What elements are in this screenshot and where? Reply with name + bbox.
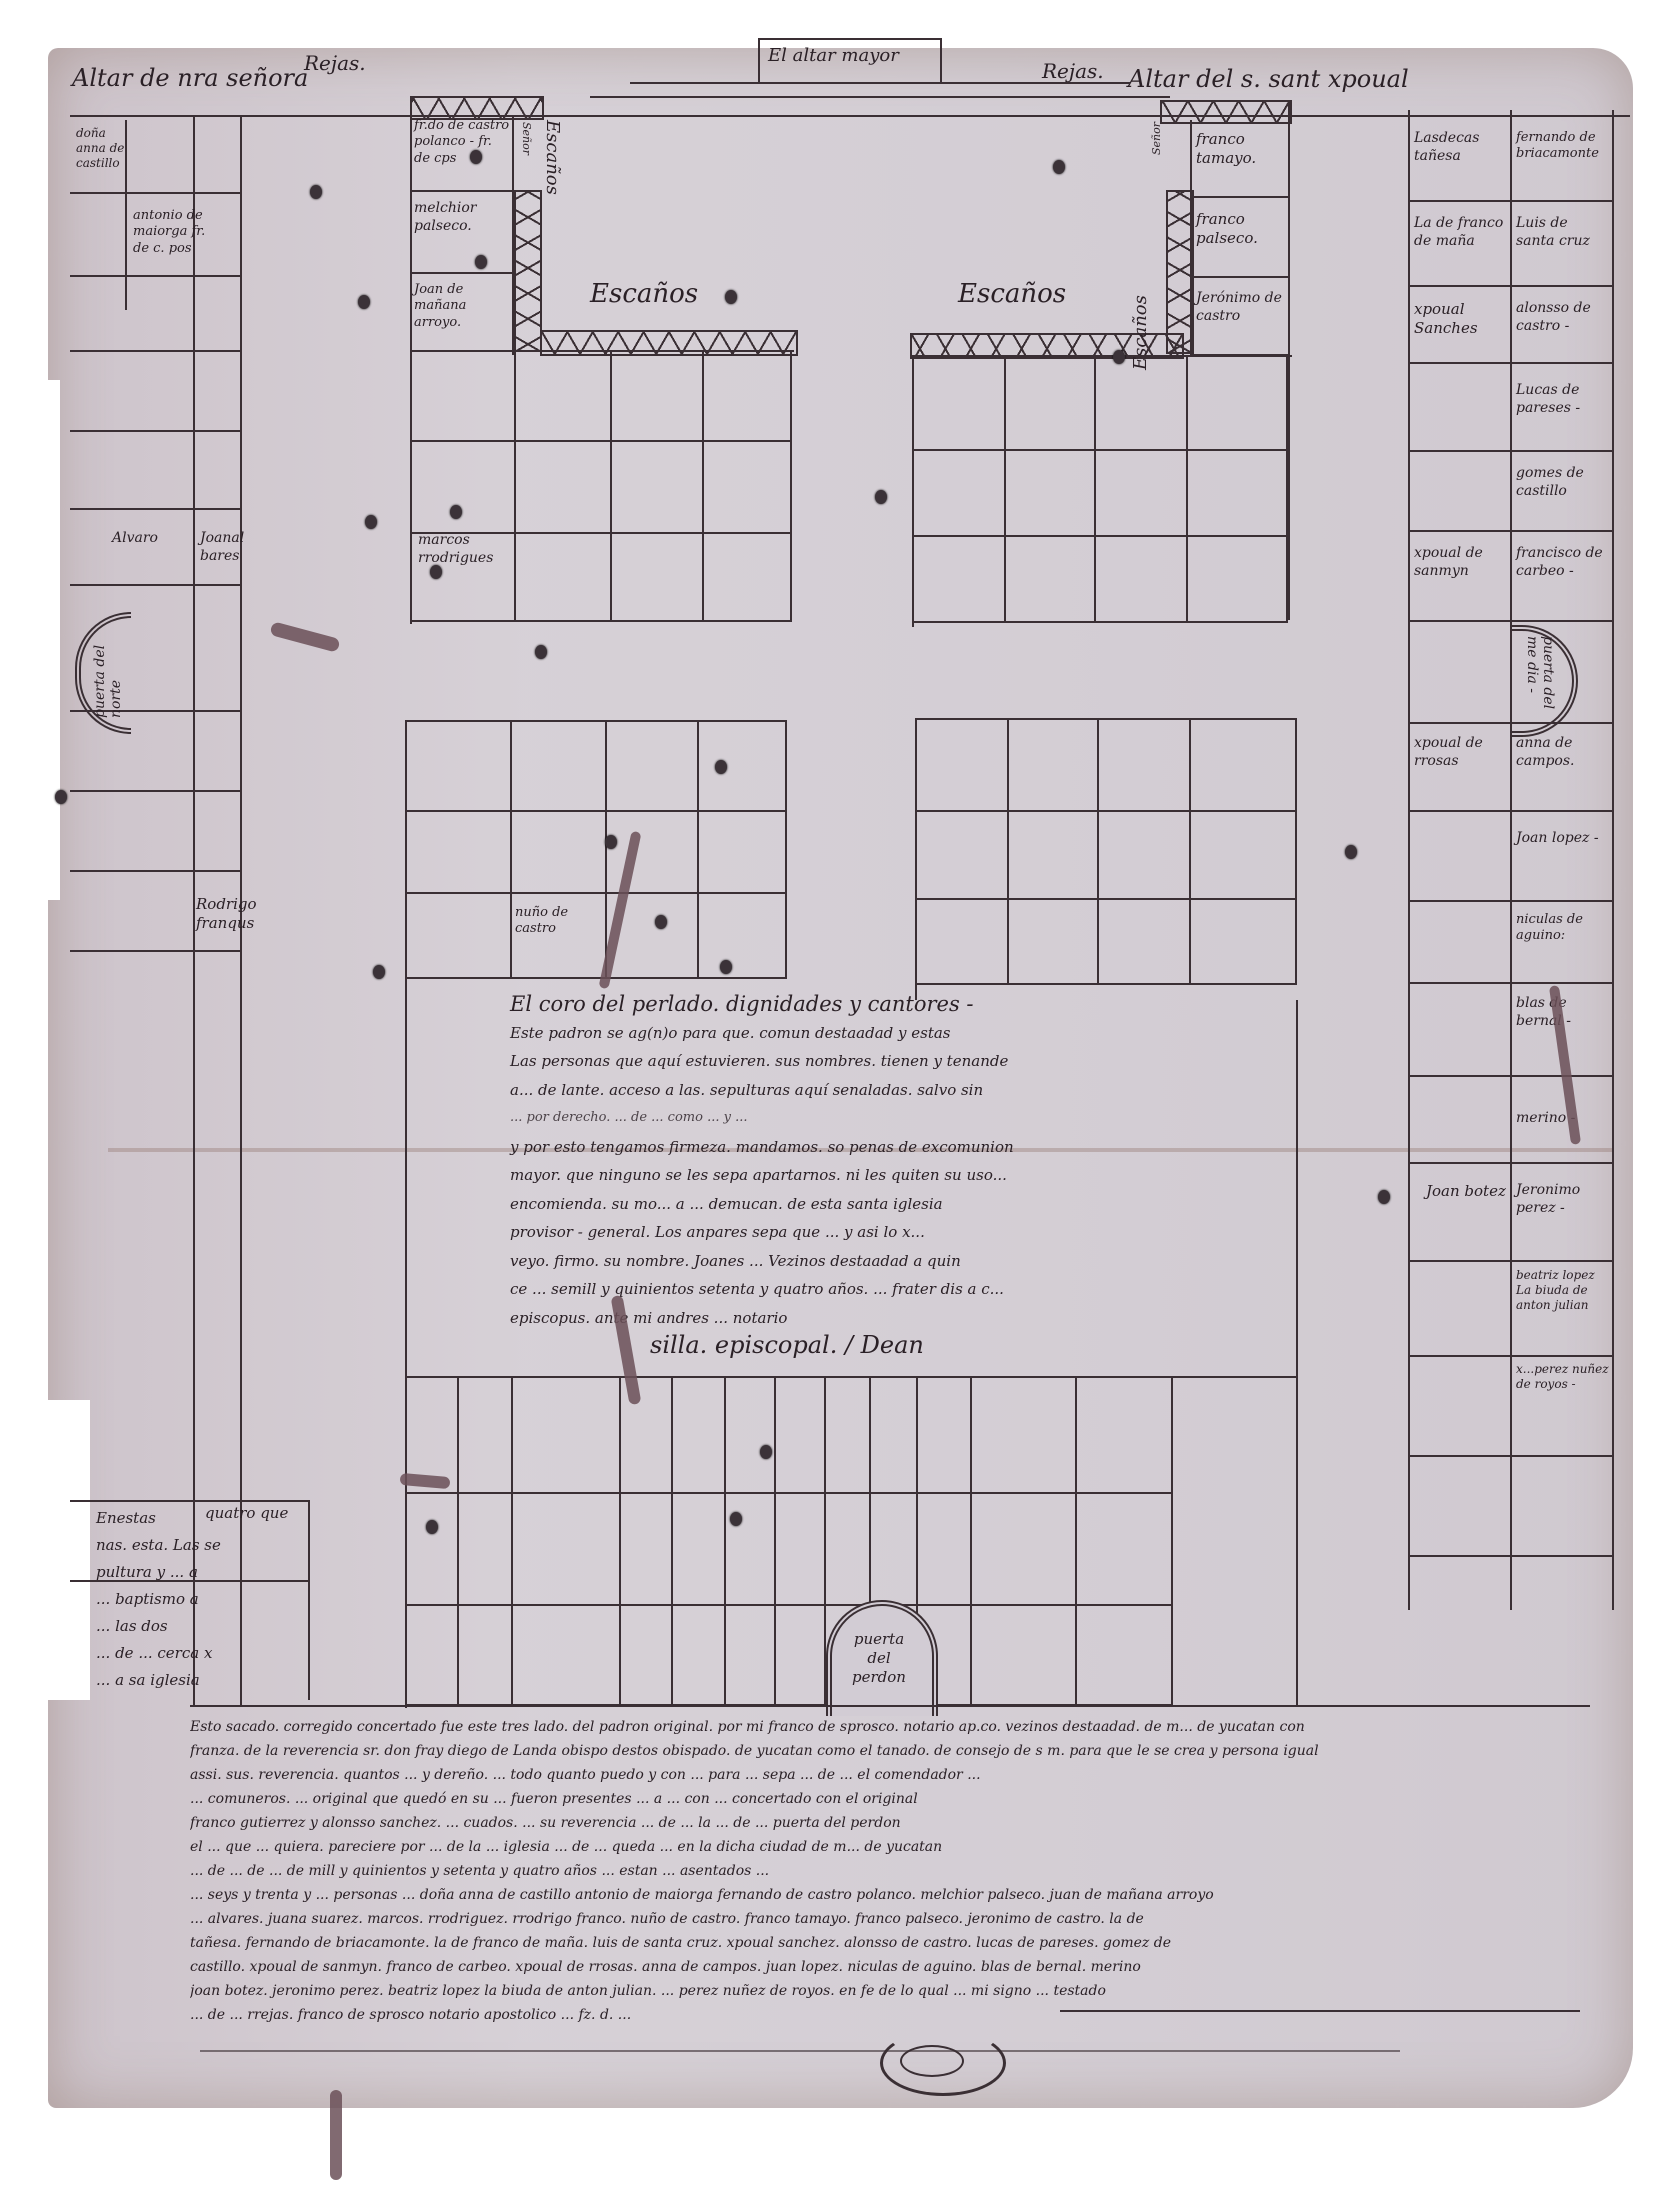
name-alonsso-castro: alonsso de castro - — [1516, 300, 1610, 335]
name-dona-anna: doña anna de castillo — [76, 126, 136, 171]
wormhole — [605, 835, 617, 849]
footer-line: ... comuneros. ... original que quedó en… — [190, 1787, 1590, 1811]
name-francisco-carbeo: francisco de carbeo - — [1516, 545, 1610, 580]
wormhole — [725, 290, 737, 304]
main-line: ... por derecho. ... de ... como ... y .… — [510, 1104, 1270, 1133]
name-xpoual-sanmyn: xpoual de sanmyn — [1414, 545, 1506, 580]
name-anna-campos: anna de campos. — [1516, 735, 1610, 770]
footer-line: assi. sus. reverencia. quantos ... y der… — [190, 1763, 1590, 1787]
footer-line: franza. de la reverencia sr. don fray di… — [190, 1739, 1590, 1763]
left-rejas-lattice — [410, 96, 544, 120]
right-stall-rule — [1190, 196, 1290, 198]
left-escanos-vertical-small: Señor — [520, 122, 533, 155]
wormhole — [730, 1512, 742, 1526]
right-col-line-1 — [1408, 110, 1410, 1610]
name-lucas-pareses: Lucas de pareses - — [1516, 382, 1610, 417]
name-xpoual-sanches: xpoual Sanches — [1414, 300, 1506, 338]
left-cell-rule — [70, 1500, 310, 1502]
wormhole — [1113, 350, 1125, 364]
left-cell-rule — [70, 584, 242, 586]
right-stall-col — [1190, 120, 1192, 355]
name-joan-lopez: Joan lopez - — [1516, 830, 1610, 848]
name-beatriz-lopez: beatriz lopez La biuda de anton julian — [1516, 1268, 1610, 1313]
name-luis-santa-cruz: Luis de santa cruz — [1516, 215, 1610, 250]
main-line: veyo. firmo. su nombre. Joanes ... Vezin… — [510, 1247, 1270, 1276]
wormhole — [1378, 1190, 1390, 1204]
right-cell-rule — [1408, 1162, 1614, 1164]
right-upper-grid — [912, 355, 1292, 627]
wormhole — [535, 645, 547, 659]
right-cell-rule — [1408, 1075, 1614, 1077]
main-title: El coro del perlado. dignidades y cantor… — [510, 990, 1270, 1019]
right-cell-rule — [1408, 1555, 1614, 1557]
right-cell-rule — [1408, 285, 1614, 287]
right-cell-rule — [1408, 362, 1614, 364]
wormhole — [1053, 160, 1065, 174]
notary-flourish-icon — [900, 2045, 964, 2077]
footer-end-rule-2 — [200, 2050, 1400, 2052]
name-fernando-briacamonte: fernando de briacamonte — [1516, 130, 1610, 163]
wormhole — [55, 790, 67, 804]
left-cell-rule — [70, 192, 242, 194]
left-stall-1: fr.do de castro polanco - fr. de cps — [414, 118, 510, 167]
torn-edge-bottom-left — [0, 1400, 90, 1700]
left-escanos-vertical: Escaños — [542, 120, 563, 350]
left-cell-rule — [70, 350, 242, 352]
name-jeronimo-perez: Jeronimo perez - — [1516, 1182, 1610, 1217]
north-door-label: puerta del norte — [92, 628, 124, 718]
left-upper-grid — [410, 350, 794, 624]
high-altar-label: El altar mayor — [768, 46, 899, 67]
right-stall-2: franco palseco. — [1196, 210, 1286, 248]
altar-step-line — [630, 82, 1130, 84]
left-stall-2: melchior palseco. — [414, 200, 510, 235]
footer-top-rule — [190, 1705, 1590, 1707]
right-rejas-label: Rejas. — [1042, 60, 1104, 83]
wormhole — [365, 515, 377, 529]
left-middle-grid — [405, 720, 787, 997]
left-stall-3: Joan de mañana arroyo. — [414, 282, 510, 331]
main-line: Este padron se ag(n)o para que. comun de… — [510, 1019, 1270, 1048]
right-rejas-lattice — [1160, 100, 1292, 124]
right-cell-rule — [1408, 722, 1614, 724]
left-cell-rule — [70, 508, 242, 510]
right-escanos-vertical-small: Señor — [1150, 122, 1163, 155]
left-escanos-lattice-v — [514, 190, 542, 352]
right-cell-rule — [1408, 1260, 1614, 1262]
right-stall-3: Jerónimo de castro — [1196, 290, 1286, 325]
footer-line: tañesa. fernando de briacamonte. la de f… — [190, 1931, 1590, 1955]
wormhole — [1345, 845, 1357, 859]
name-alvaro: Alvaro — [112, 530, 158, 548]
wormhole — [760, 1445, 772, 1459]
name-joan-botez: Joan botez — [1426, 1182, 1506, 1201]
left-cell-rule — [70, 790, 242, 792]
main-line: mayor. que ninguno se les sepa apartarno… — [510, 1161, 1270, 1190]
right-cell-rule — [1408, 450, 1614, 452]
note-line: ... a sa iglesia — [96, 1667, 316, 1694]
right-col-line-2 — [1510, 110, 1512, 1610]
footer-line: el ... que ... quiera. pareciere por ...… — [190, 1835, 1590, 1859]
left-cell-rule — [70, 275, 242, 277]
name-rodrigo-franqus: Rodrigo franqus — [196, 895, 276, 933]
note-line: ... las dos — [96, 1613, 316, 1640]
footer-line: ... de ... rrejas. franco de sprosco not… — [190, 2003, 1590, 2027]
right-cell-rule — [1408, 200, 1614, 202]
wormhole — [655, 915, 667, 929]
name-antonio-maiorga: antonio de maiorga fr. de c. pos — [133, 208, 208, 257]
footer-line: ... alvares. juana suarez. marcos. rrodr… — [190, 1907, 1590, 1931]
episcopal-seat-label: silla. episcopal. / Dean — [650, 1332, 924, 1360]
right-cell-rule — [1408, 900, 1614, 902]
wormhole — [373, 965, 385, 979]
footer-line: castillo. xpoual de sanmyn. franco de ca… — [190, 1955, 1590, 1979]
note-line: pultura y ... a — [96, 1559, 316, 1586]
name-marcos-rrodrigues: marcos rrodrigues — [418, 532, 508, 567]
footer-notarial-text: Esto sacado. corregido concertado fue es… — [190, 1715, 1590, 2027]
right-stall-1: franco tamayo. — [1196, 130, 1286, 168]
main-line: Las personas que aquí estuvieren. sus no… — [510, 1047, 1270, 1076]
right-cell-rule — [1408, 982, 1614, 984]
wormhole — [358, 295, 370, 309]
left-cell-rule — [70, 870, 242, 872]
name-xpoual-rrosas: xpoual de rrosas — [1414, 735, 1506, 770]
main-statement: El coro del perlado. dignidades y cantor… — [510, 990, 1270, 1332]
left-cell-rule — [70, 950, 242, 952]
left-stall-rule — [410, 190, 514, 192]
right-cell-rule — [1408, 1355, 1614, 1357]
name-lasdecas-tanesa: Lasdecas tañesa — [1414, 130, 1506, 165]
torn-edge-left — [0, 380, 60, 900]
worm-track — [330, 2090, 342, 2180]
right-altar-label: Altar del s. sant xpoual — [1128, 66, 1409, 94]
left-cell-rule — [70, 430, 242, 432]
wormhole — [430, 565, 442, 579]
right-escanos-vertical: Escaños — [1130, 150, 1151, 370]
name-niculas-aguino: niculas de aguino: — [1516, 912, 1610, 945]
wormhole — [475, 255, 487, 269]
wormhole — [450, 505, 462, 519]
right-cell-rule — [1408, 530, 1614, 532]
name-nuno-castro: nuño de castro — [515, 905, 585, 938]
footer-line: Esto sacado. corregido concertado fue es… — [190, 1715, 1590, 1739]
footer-line: franco gutierrez y alonsso sanchez. ... … — [190, 1811, 1590, 1835]
left-altar-label: Altar de nra señora — [72, 65, 308, 93]
footer-line: ... de ... de ... de mill y quinientos y… — [190, 1859, 1590, 1883]
main-line: a... de lante. acceso a las. sepulturas … — [510, 1076, 1270, 1105]
wormhole — [426, 1520, 438, 1534]
main-line: y por esto tengamos firmeza. mandamos. s… — [510, 1133, 1270, 1162]
left-rejas-label: Rejas. — [304, 52, 366, 75]
left-escanos-label: Escaños — [590, 280, 698, 310]
bottom-left-note-col2: quatro que — [205, 1505, 288, 1522]
name-merino: merino - — [1516, 1110, 1610, 1128]
perdon-door-label: puerta del perdon — [848, 1630, 910, 1686]
wormhole — [715, 760, 727, 774]
left-stall-rule — [410, 272, 514, 274]
name-gomes-castillo: gomes de castillo — [1516, 465, 1610, 500]
right-col-line-3 — [1612, 110, 1614, 1610]
right-stall-rule — [1190, 276, 1290, 278]
wormhole — [875, 490, 887, 504]
name-joanal-bares: Joanal bares — [200, 530, 270, 565]
main-line: encomienda. su mo... a ... demucan. de e… — [510, 1190, 1270, 1219]
note-line: nas. esta. Las se — [96, 1532, 316, 1559]
altar-step-line-2 — [590, 96, 1170, 98]
bottom-left-note: Enestas nas. esta. Las se pultura y ... … — [96, 1505, 316, 1694]
main-line: ce ... semill y quinientos setenta y qua… — [510, 1275, 1270, 1304]
right-cell-rule — [1408, 810, 1614, 812]
left-col-line-2 — [193, 115, 195, 1705]
right-middle-grid — [915, 718, 1297, 1000]
main-line: provisor - general. Los anpares sepa que… — [510, 1218, 1270, 1247]
wormhole — [470, 150, 482, 164]
right-cell-rule — [1408, 1455, 1614, 1457]
footer-line: ... seys y trenta y ... personas ... doñ… — [190, 1883, 1590, 1907]
top-rule — [70, 115, 1630, 117]
wormhole — [310, 185, 322, 199]
right-cell-rule — [1408, 620, 1614, 622]
name-la-de-franco-mana: La de franco de maña — [1414, 215, 1506, 250]
name-perez-nunez-royos: x...perez nuñez de royos - — [1516, 1362, 1610, 1392]
footer-end-rule — [1060, 2010, 1580, 2012]
note-line: ... baptismo a — [96, 1586, 316, 1613]
footer-line: joan botez. jeronimo perez. beatriz lope… — [190, 1979, 1590, 2003]
note-line: ... de ... cerca x — [96, 1640, 316, 1667]
wormhole — [720, 960, 732, 974]
south-door-label: puerta del me dia - — [1524, 636, 1556, 716]
right-escanos-label: Escaños — [958, 280, 1066, 310]
